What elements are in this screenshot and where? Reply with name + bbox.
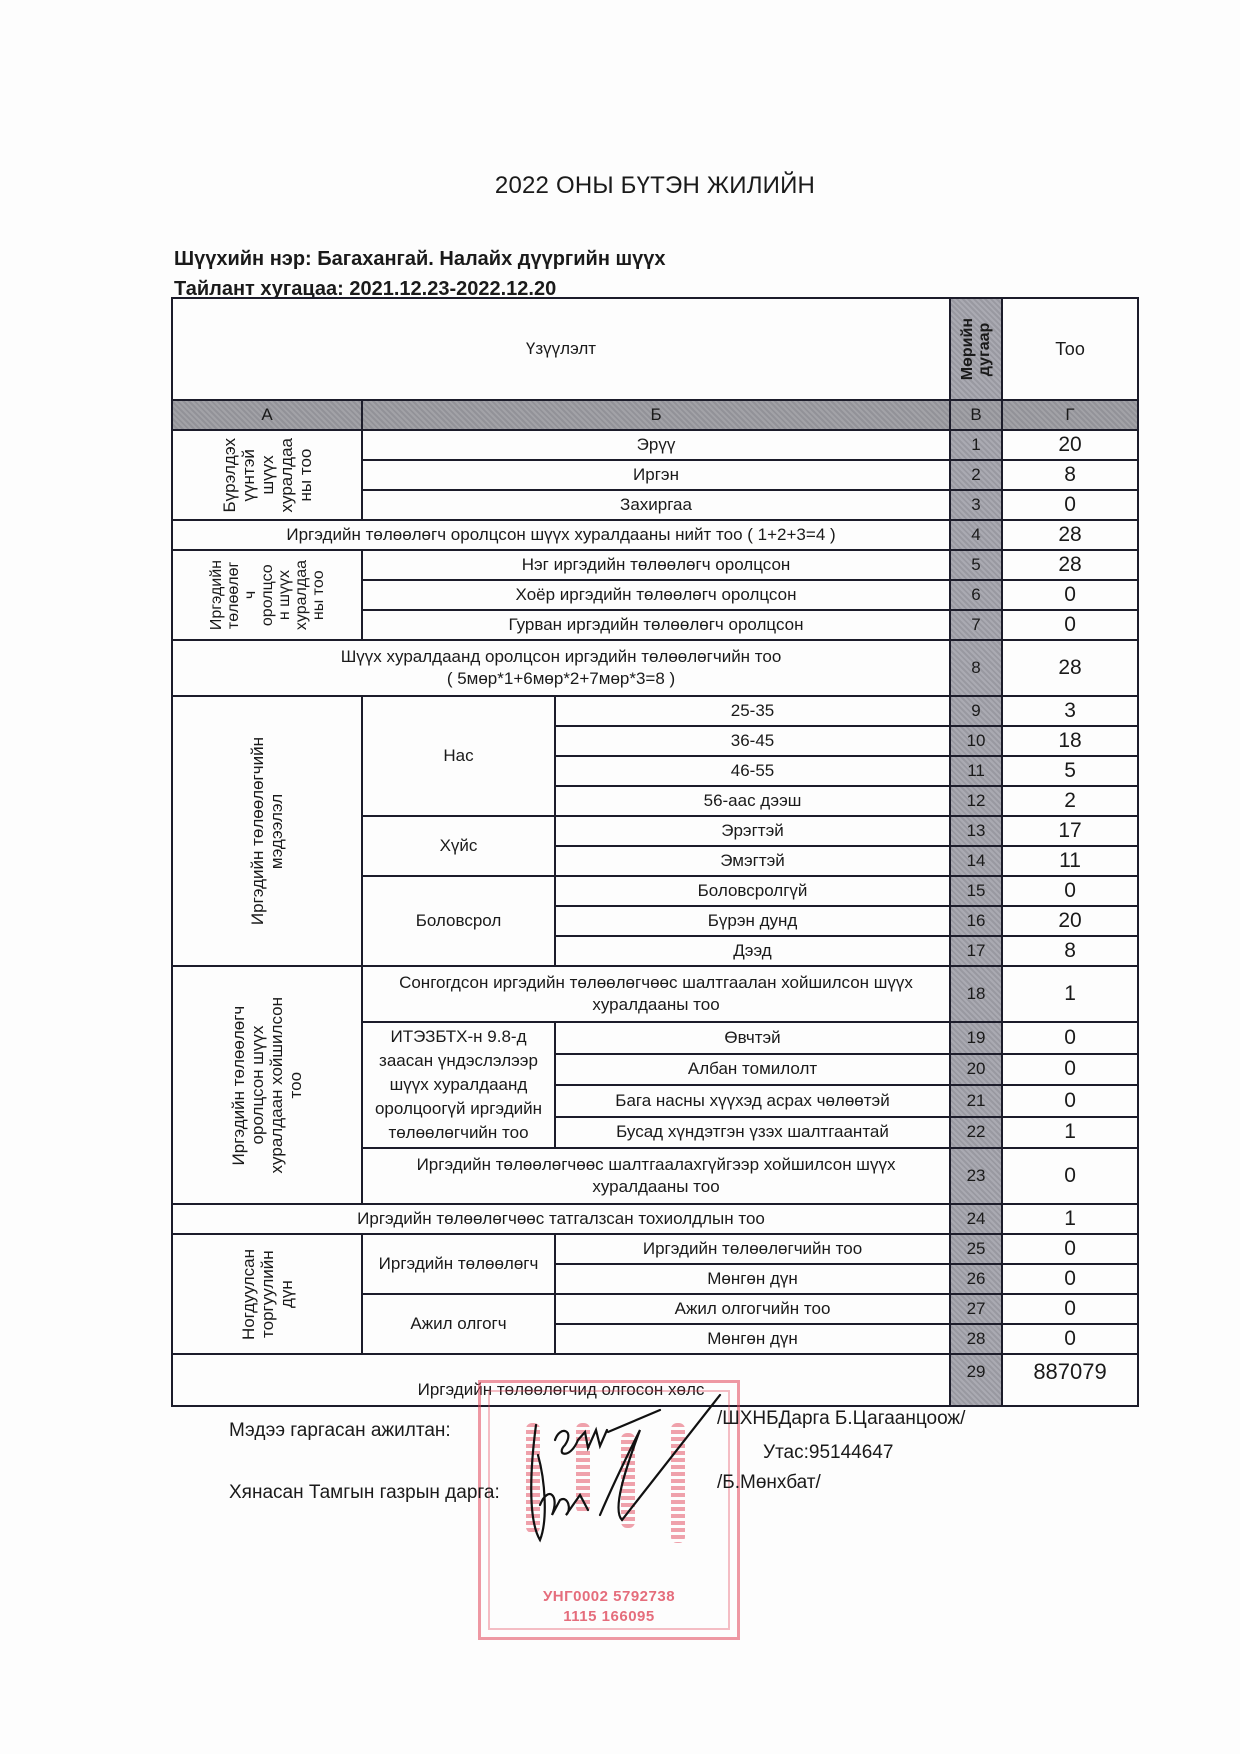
reporter-name: /ШХНБДарга Б.Цагаанцоож/ [717,1408,965,1430]
reporter-label: Мэдээ гаргасан ажилтан: [229,1420,451,1442]
reporter-phone: Утас:95144647 [763,1442,893,1464]
handwritten-signature-icon [0,0,1240,1754]
checker-name: /Б.Мөнхбат/ [717,1472,821,1494]
checker-label: Хянасан Тамгын газрын дарга: [229,1482,500,1504]
